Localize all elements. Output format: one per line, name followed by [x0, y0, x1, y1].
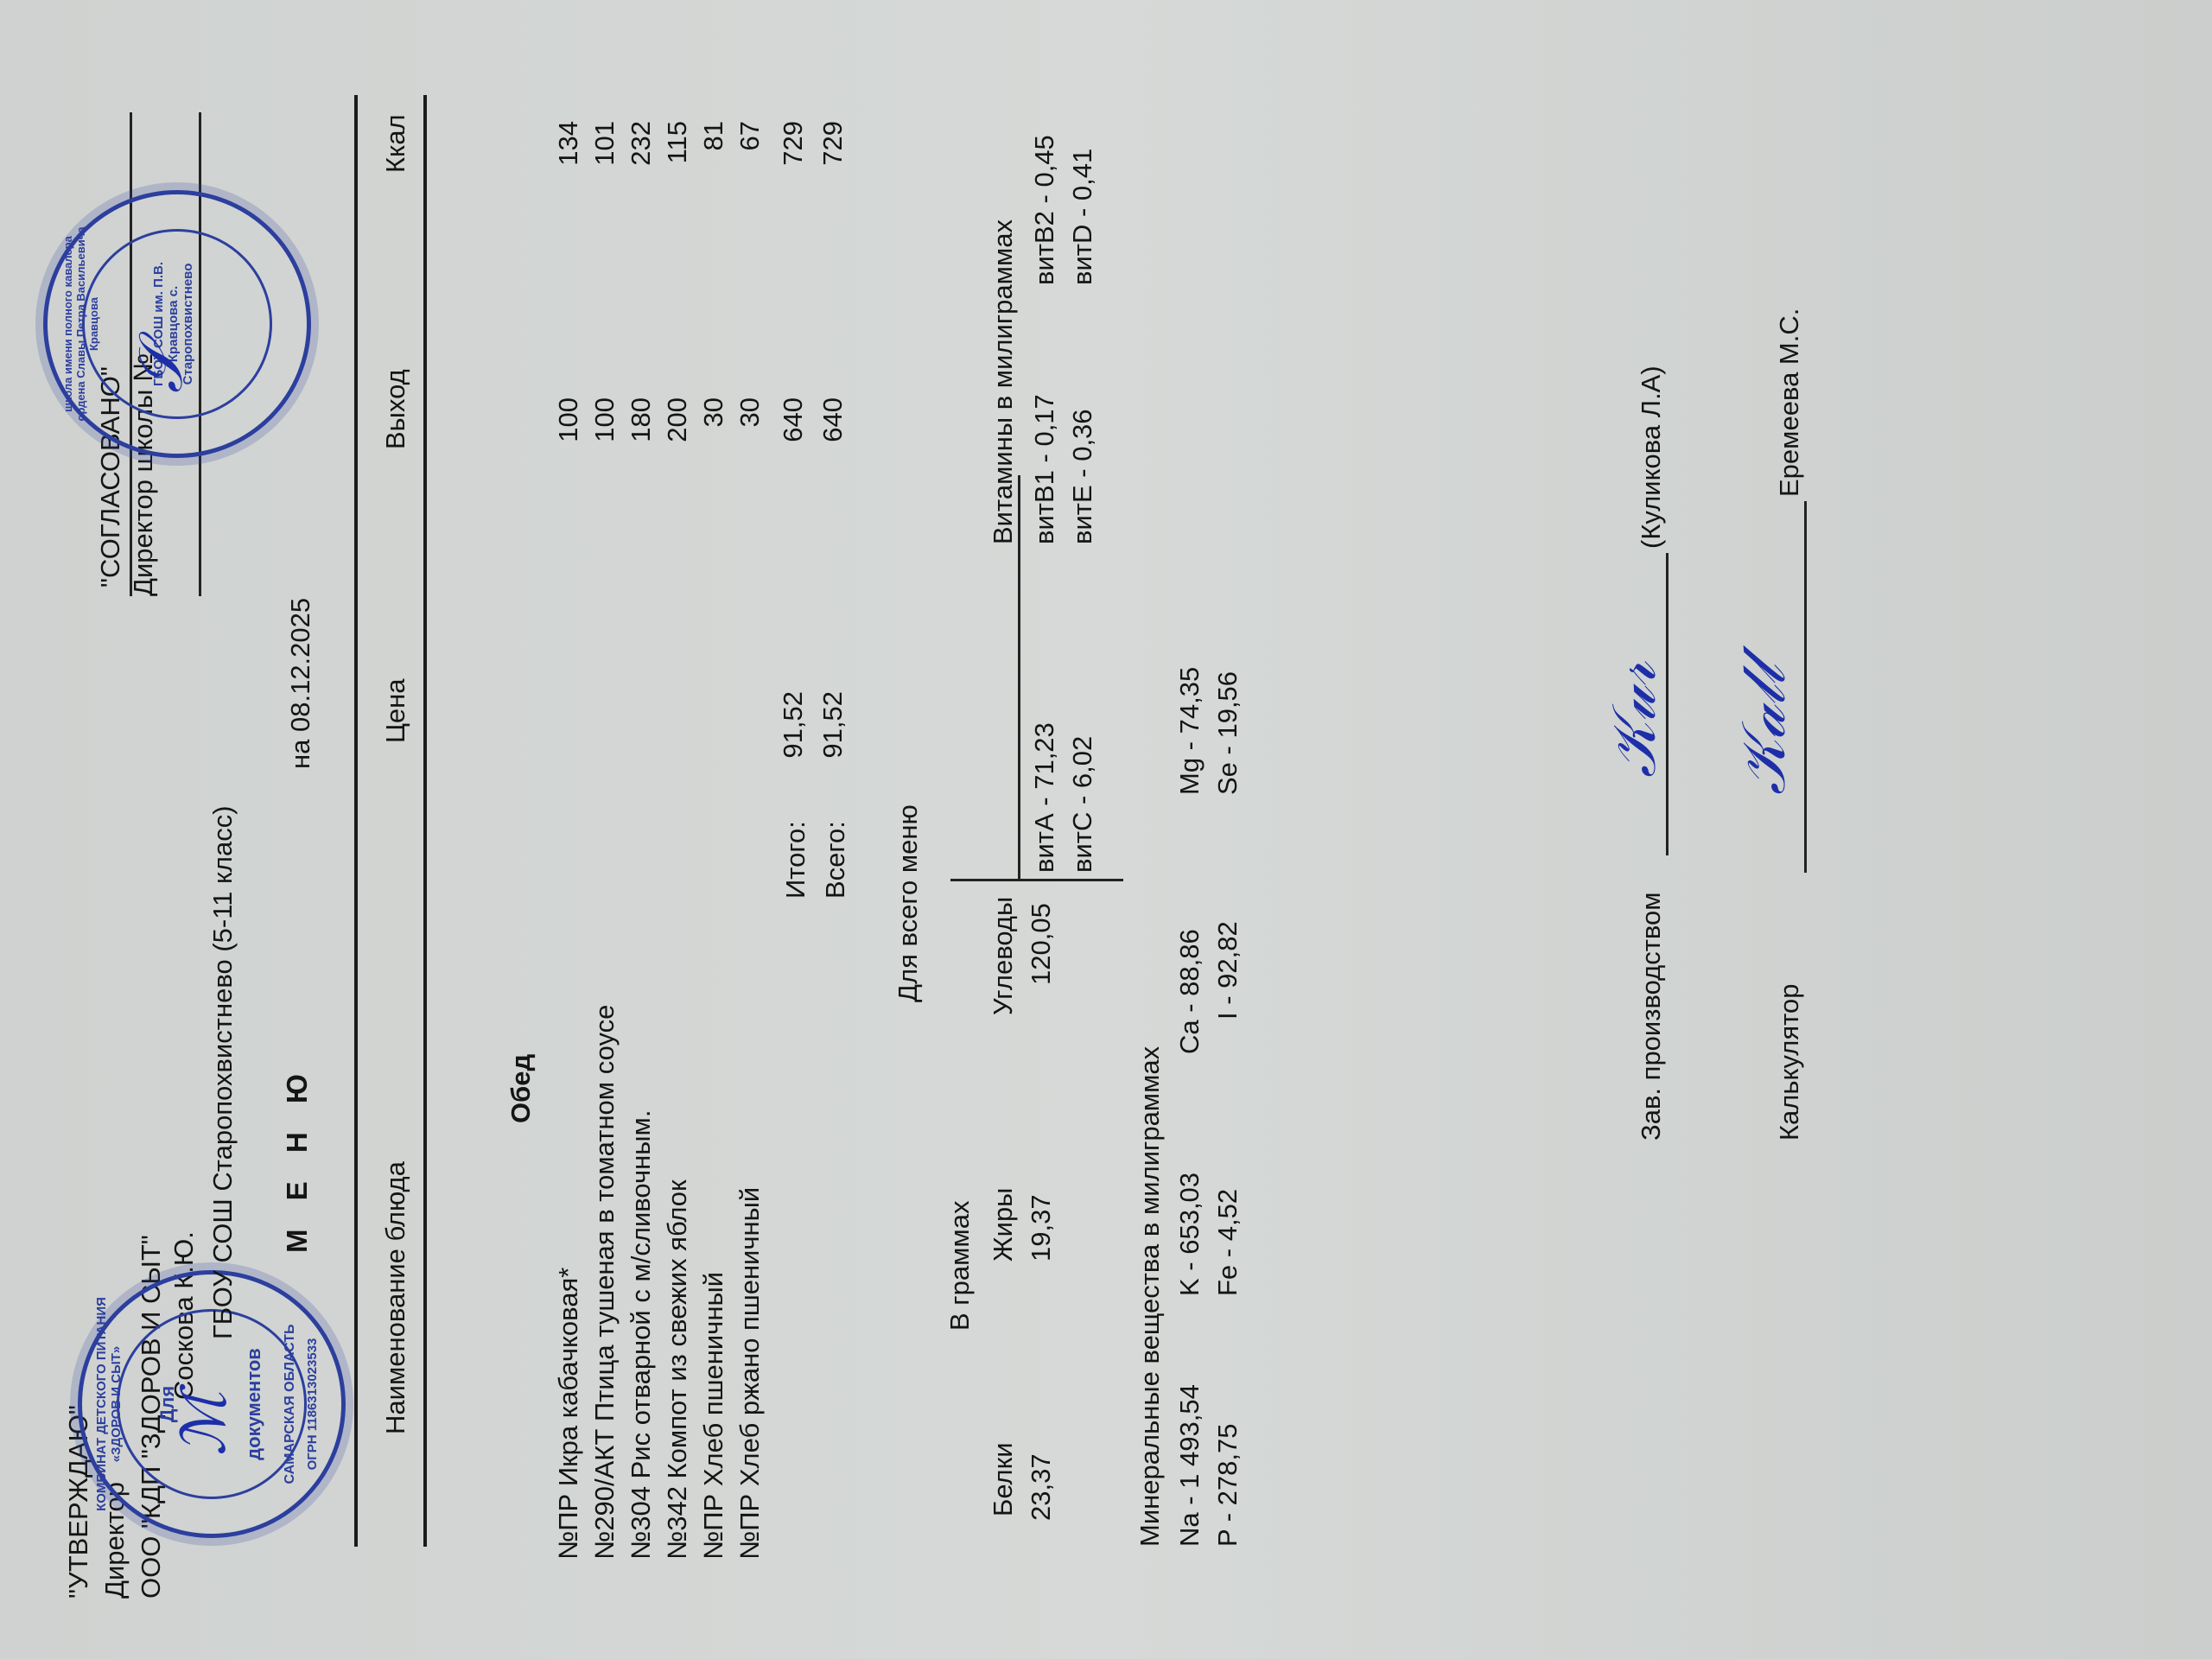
column-header-yield: Выход	[380, 369, 411, 449]
meal-heading: Обед	[505, 1054, 537, 1123]
vitamin-c: витС - 6,02	[1065, 736, 1101, 873]
vitamins-vertical-divider	[950, 879, 1123, 881]
mineral-ca: Ca - 88,86	[1172, 929, 1208, 1054]
production-signature: 𝒦𝓊𝓇	[1599, 662, 1670, 778]
column-header-name: Наименование блюда	[380, 1161, 411, 1434]
subtotal-kcal: 729	[778, 121, 809, 225]
dish-name: №ПР Икра кабачковая*	[553, 1268, 584, 1560]
table-header-rule	[423, 95, 427, 1547]
dish-kcal: 115	[662, 121, 693, 225]
calculator-name: Еремеева М.С.	[1771, 308, 1808, 497]
dish-kcal: 81	[698, 121, 729, 225]
macro-carbs-label: Углеводы	[985, 897, 1021, 1015]
school-stamp-center: ГБОУ СОШ им. П.В. Кравцова с. Старопохви…	[151, 194, 195, 454]
vitamins-title: Витамины в милиграммах	[985, 219, 1021, 544]
mineral-i: I - 92,82	[1210, 921, 1246, 1020]
subtotal-yield: 640	[778, 397, 809, 501]
vitamin-b1: витВ1 - 0,17	[1027, 394, 1063, 544]
menu-document: "УТВЕРЖДАЮ" Директор ООО "КДП "ЗДОРОВ И …	[0, 0, 2212, 1659]
macro-protein-value: 23,37	[1023, 1453, 1059, 1521]
menu-title: М Е Н Ю	[281, 1064, 314, 1253]
column-header-kcal: Ккал	[380, 114, 411, 173]
dish-yield: 200	[662, 397, 693, 501]
grams-title: В граммах	[942, 1201, 978, 1331]
dish-kcal: 67	[734, 121, 766, 225]
total-price: 91,52	[817, 691, 849, 795]
stamp-region: САМАРСКАЯ ОБЛАСТЬ	[283, 1274, 298, 1534]
subtotal-label: Итого:	[778, 821, 814, 899]
calculator-label: Калькулятор	[1771, 984, 1808, 1141]
mineral-se: Se - 19,56	[1210, 671, 1246, 795]
production-manager-name: (Куликова Л.А)	[1633, 365, 1669, 549]
vitamin-e: витЕ - 0,36	[1065, 409, 1101, 544]
vitamin-b2: витВ2 - 0,45	[1027, 135, 1063, 285]
dish-kcal: 232	[626, 121, 657, 225]
dish-kcal: 101	[589, 121, 620, 225]
calculator-signature: 𝒦𝒶𝓁𝓁	[1728, 665, 1800, 795]
total-label: Всего:	[817, 821, 854, 899]
table-top-rule	[354, 95, 358, 1547]
stamp-ogrn: ОГРН 1186313023533	[305, 1274, 320, 1534]
dish-yield: 30	[734, 397, 766, 501]
mineral-mg: Mg - 74,35	[1172, 667, 1208, 795]
vitamin-a: витА - 71,23	[1027, 722, 1063, 873]
macro-fat-label: Жиры	[985, 1188, 1021, 1262]
calculator-signature-line	[1804, 501, 1807, 873]
mineral-k: K - 653,03	[1172, 1173, 1208, 1296]
school-stamp-signature: 𝒮	[125, 346, 197, 393]
dish-yield: 100	[589, 397, 620, 501]
subtotal-price: 91,52	[778, 691, 809, 795]
mineral-fe: Fe - 4,52	[1210, 1189, 1246, 1296]
macro-fat-value: 19,37	[1023, 1194, 1059, 1262]
total-kcal: 729	[817, 121, 849, 225]
dish-yield: 30	[698, 397, 729, 501]
stamp-outer-text: КОМБИНАТ ДЕТСКОГО ПИТАНИЯ «ЗДОРОВ И СЫТ»	[94, 1274, 124, 1534]
total-yield: 640	[817, 397, 849, 501]
column-header-price: Цена	[380, 678, 411, 743]
school-stamp-inner-text: школа имени полного кавалера ордена Слав…	[61, 194, 100, 454]
school-stamp: школа имени полного кавалера ордена Слав…	[43, 190, 311, 458]
nutrition-title: Для всего меню	[890, 804, 926, 1002]
school-name: ГБОУ СОШ Старопохвистнево (5-11 класс)	[207, 805, 238, 1339]
dish-name: №290/АКТ Птица тушеная в томатном соусе	[589, 1005, 620, 1560]
dish-name: №ПР Хлеб пшеничный	[698, 1272, 729, 1560]
minerals-title: Минеральные вещества в милиграммах	[1132, 1046, 1168, 1547]
menu-date: на 08.12.2025	[285, 598, 316, 769]
dish-name: №304 Рис отварной с м/сливочным.	[626, 1110, 657, 1560]
dish-yield: 180	[626, 397, 657, 501]
dish-name: №342 Компот из свежих яблок	[662, 1179, 693, 1560]
mineral-na: Na - 1 493,54	[1172, 1384, 1208, 1547]
stamp-signature: ℳ	[168, 1391, 239, 1456]
dish-yield: 100	[553, 397, 584, 501]
dish-kcal: 134	[553, 121, 584, 225]
stamp-center-bottom: документов	[243, 1274, 265, 1534]
vitamin-d: витD - 0,41	[1065, 149, 1101, 285]
dish-name: №ПР Хлеб ржано пшеничный	[734, 1187, 766, 1560]
macro-carbs-value: 120,05	[1023, 903, 1059, 985]
mineral-p: P - 278,75	[1210, 1424, 1246, 1547]
production-manager-label: Зав. производством	[1633, 892, 1669, 1141]
macro-protein-label: Белки	[985, 1442, 1021, 1516]
